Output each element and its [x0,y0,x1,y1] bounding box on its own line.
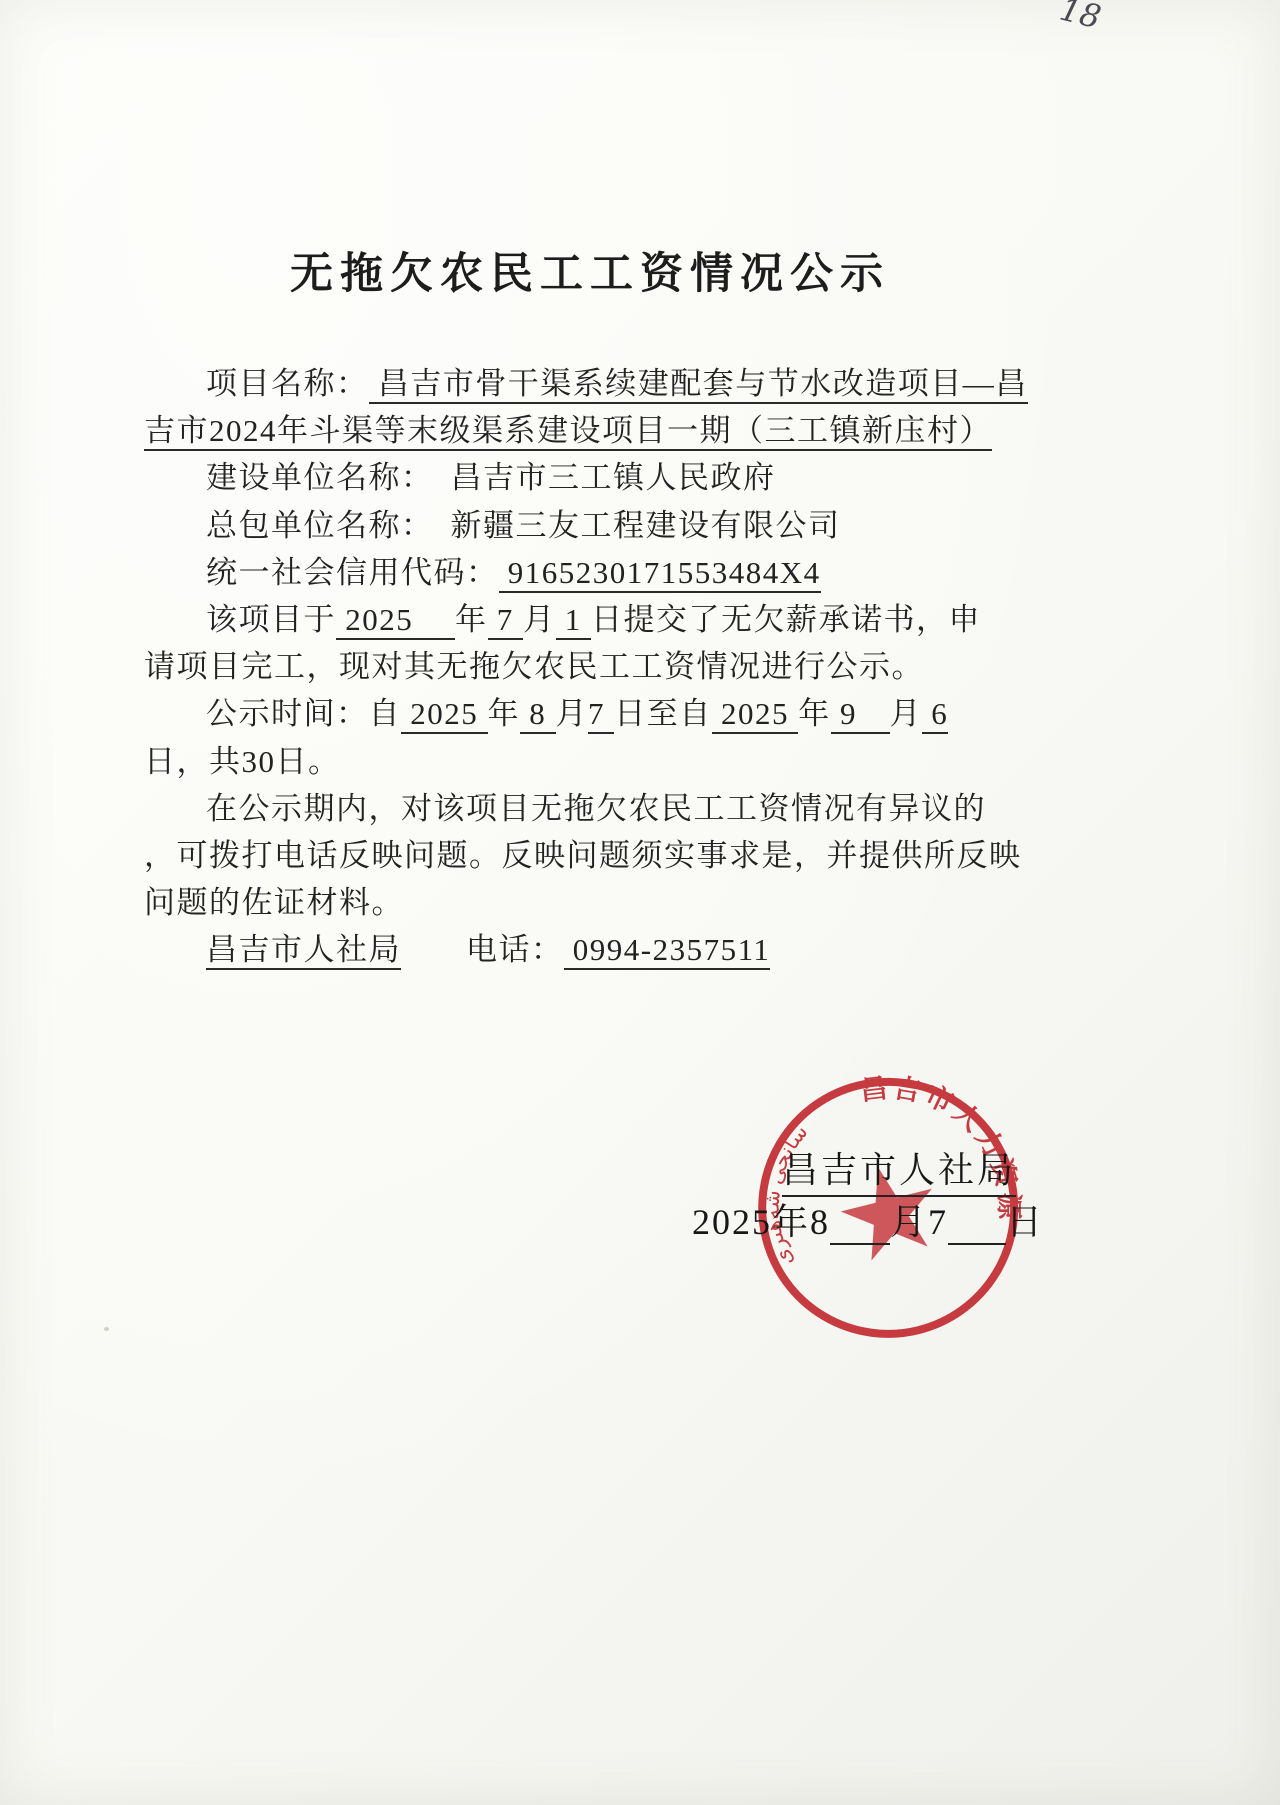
submit-line1-segment: 2025 [336,602,455,640]
contact-line-segment: 0994-2357511 [564,932,771,970]
handwritten-page-number: 18 [1056,0,1105,36]
builder-line: 建设单位名称： 昌吉市三工镇人民政府 [144,454,1034,501]
date-gap-1 [830,1207,890,1245]
submit-line1-segment: 该项目于 [206,602,336,637]
scanned-notice-page: 18 无拖欠农民工工资情况公示 项目名称： 昌吉市骨干渠系续建配套与节水改造项目… [0,0,1280,1805]
publicity-line1-segment: 2025 [712,696,799,734]
publicity-line1-segment: 8 [520,696,556,734]
publicity-line2: 日，共30日。 [144,738,1034,785]
credit-code-line: 统一社会信用代码： 9165230171553484X4 [144,549,1034,596]
objection-line1-segment: 在公示期内，对该项目无拖欠农民工工资情况有异议的 [206,791,986,826]
publicity-line1-segment: 年 [798,696,831,731]
publicity-line1-segment: 年 [488,696,521,731]
submit-line1-segment: 月 [523,602,556,637]
date-part-day-suffix: 日 [1006,1202,1044,1242]
publicity-line1-segment: 日至自 [614,696,712,731]
credit-code-line-segment: 统一社会信用代码： [206,555,499,590]
objection-line3: 问题的佐证材料。 [144,879,1034,926]
date-gap-2 [948,1207,1006,1245]
date-part-year-month: 2025年8 [692,1202,830,1242]
builder-line-segment: 建设单位名称： 昌吉市三工镇人民政府 [206,460,776,495]
publicity-line1-segment: 6 [922,696,948,734]
contractor-line: 总包单位名称： 新疆三友工程建设有限公司 [144,502,1034,549]
submit-line1-segment: 日提交了无欠薪承诺书，申 [591,602,981,637]
objection-line2-segment: ，可拨打电话反映问题。反映问题须实事求是，并提供所反映 [144,838,1022,873]
publicity-line1: 公示时间：自 2025 年 8 月7 日至自 2025 年 9 月 6 [144,690,1034,737]
submit-line1-segment: 7 [488,602,524,640]
signing-date: 2025年8月7日 [692,1194,1044,1245]
page-title: 无拖欠农民工工资情况公示 [0,240,1180,301]
signing-organization: 昌吉市人社局 [782,1142,1016,1197]
scan-artifact [104,1327,109,1331]
objection-line3-segment: 问题的佐证材料。 [144,885,404,920]
contact-line-segment: 昌吉市人社局 [206,932,401,970]
submit-line1-segment: 年 [455,602,488,637]
credit-code-line-segment: 9165230171553484X4 [499,555,821,593]
project-name-line1-segment: 昌吉市骨干渠系续建配套与节水改造项目—昌 [369,366,1028,404]
publicity-line1-segment: 月 [890,696,923,731]
project-name-line2-segment: 吉市2024年斗渠等末级渠系建设项目一期（三工镇新庒村） [144,413,992,451]
publicity-line2-segment: 日，共30日。 [144,744,341,779]
publicity-line1-segment: 7 [588,696,614,734]
publicity-line1-segment: 公示时间：自 [206,696,401,731]
project-name-line2: 吉市2024年斗渠等末级渠系建设项目一期（三工镇新庒村） [144,407,1034,454]
contact-line: 昌吉市人社局 电话： 0994-2357511 [144,926,1034,973]
publicity-line1-segment: 月 [556,696,589,731]
submit-line2-segment: 请项目完工，现对其无拖欠农民工工资情况进行公示。 [144,649,924,684]
objection-line2: ，可拨打电话反映问题。反映问题须实事求是，并提供所反映 [144,832,1034,879]
contact-line-segment: 电话： [401,932,564,967]
submit-line2: 请项目完工，现对其无拖欠农民工工资情况进行公示。 [144,643,1034,690]
date-part-day-prefix: 月7 [890,1202,948,1242]
publicity-line1-segment: 2025 [401,696,488,734]
objection-line1: 在公示期内，对该项目无拖欠农民工工资情况有异议的 [144,785,1034,832]
submit-line1-segment: 1 [556,602,592,640]
project-name-line1-segment: 项目名称： [206,366,369,401]
submit-line1: 该项目于 2025 年 7 月 1 日提交了无欠薪承诺书，申 [144,596,1034,643]
project-name-line1: 项目名称： 昌吉市骨干渠系续建配套与节水改造项目—昌 [144,360,1034,407]
publicity-line1-segment: 9 [831,696,890,734]
contractor-line-segment: 总包单位名称： 新疆三友工程建设有限公司 [206,508,841,543]
notice-body: 项目名称： 昌吉市骨干渠系续建配套与节水改造项目—昌吉市2024年斗渠等末级渠系… [144,360,1034,973]
